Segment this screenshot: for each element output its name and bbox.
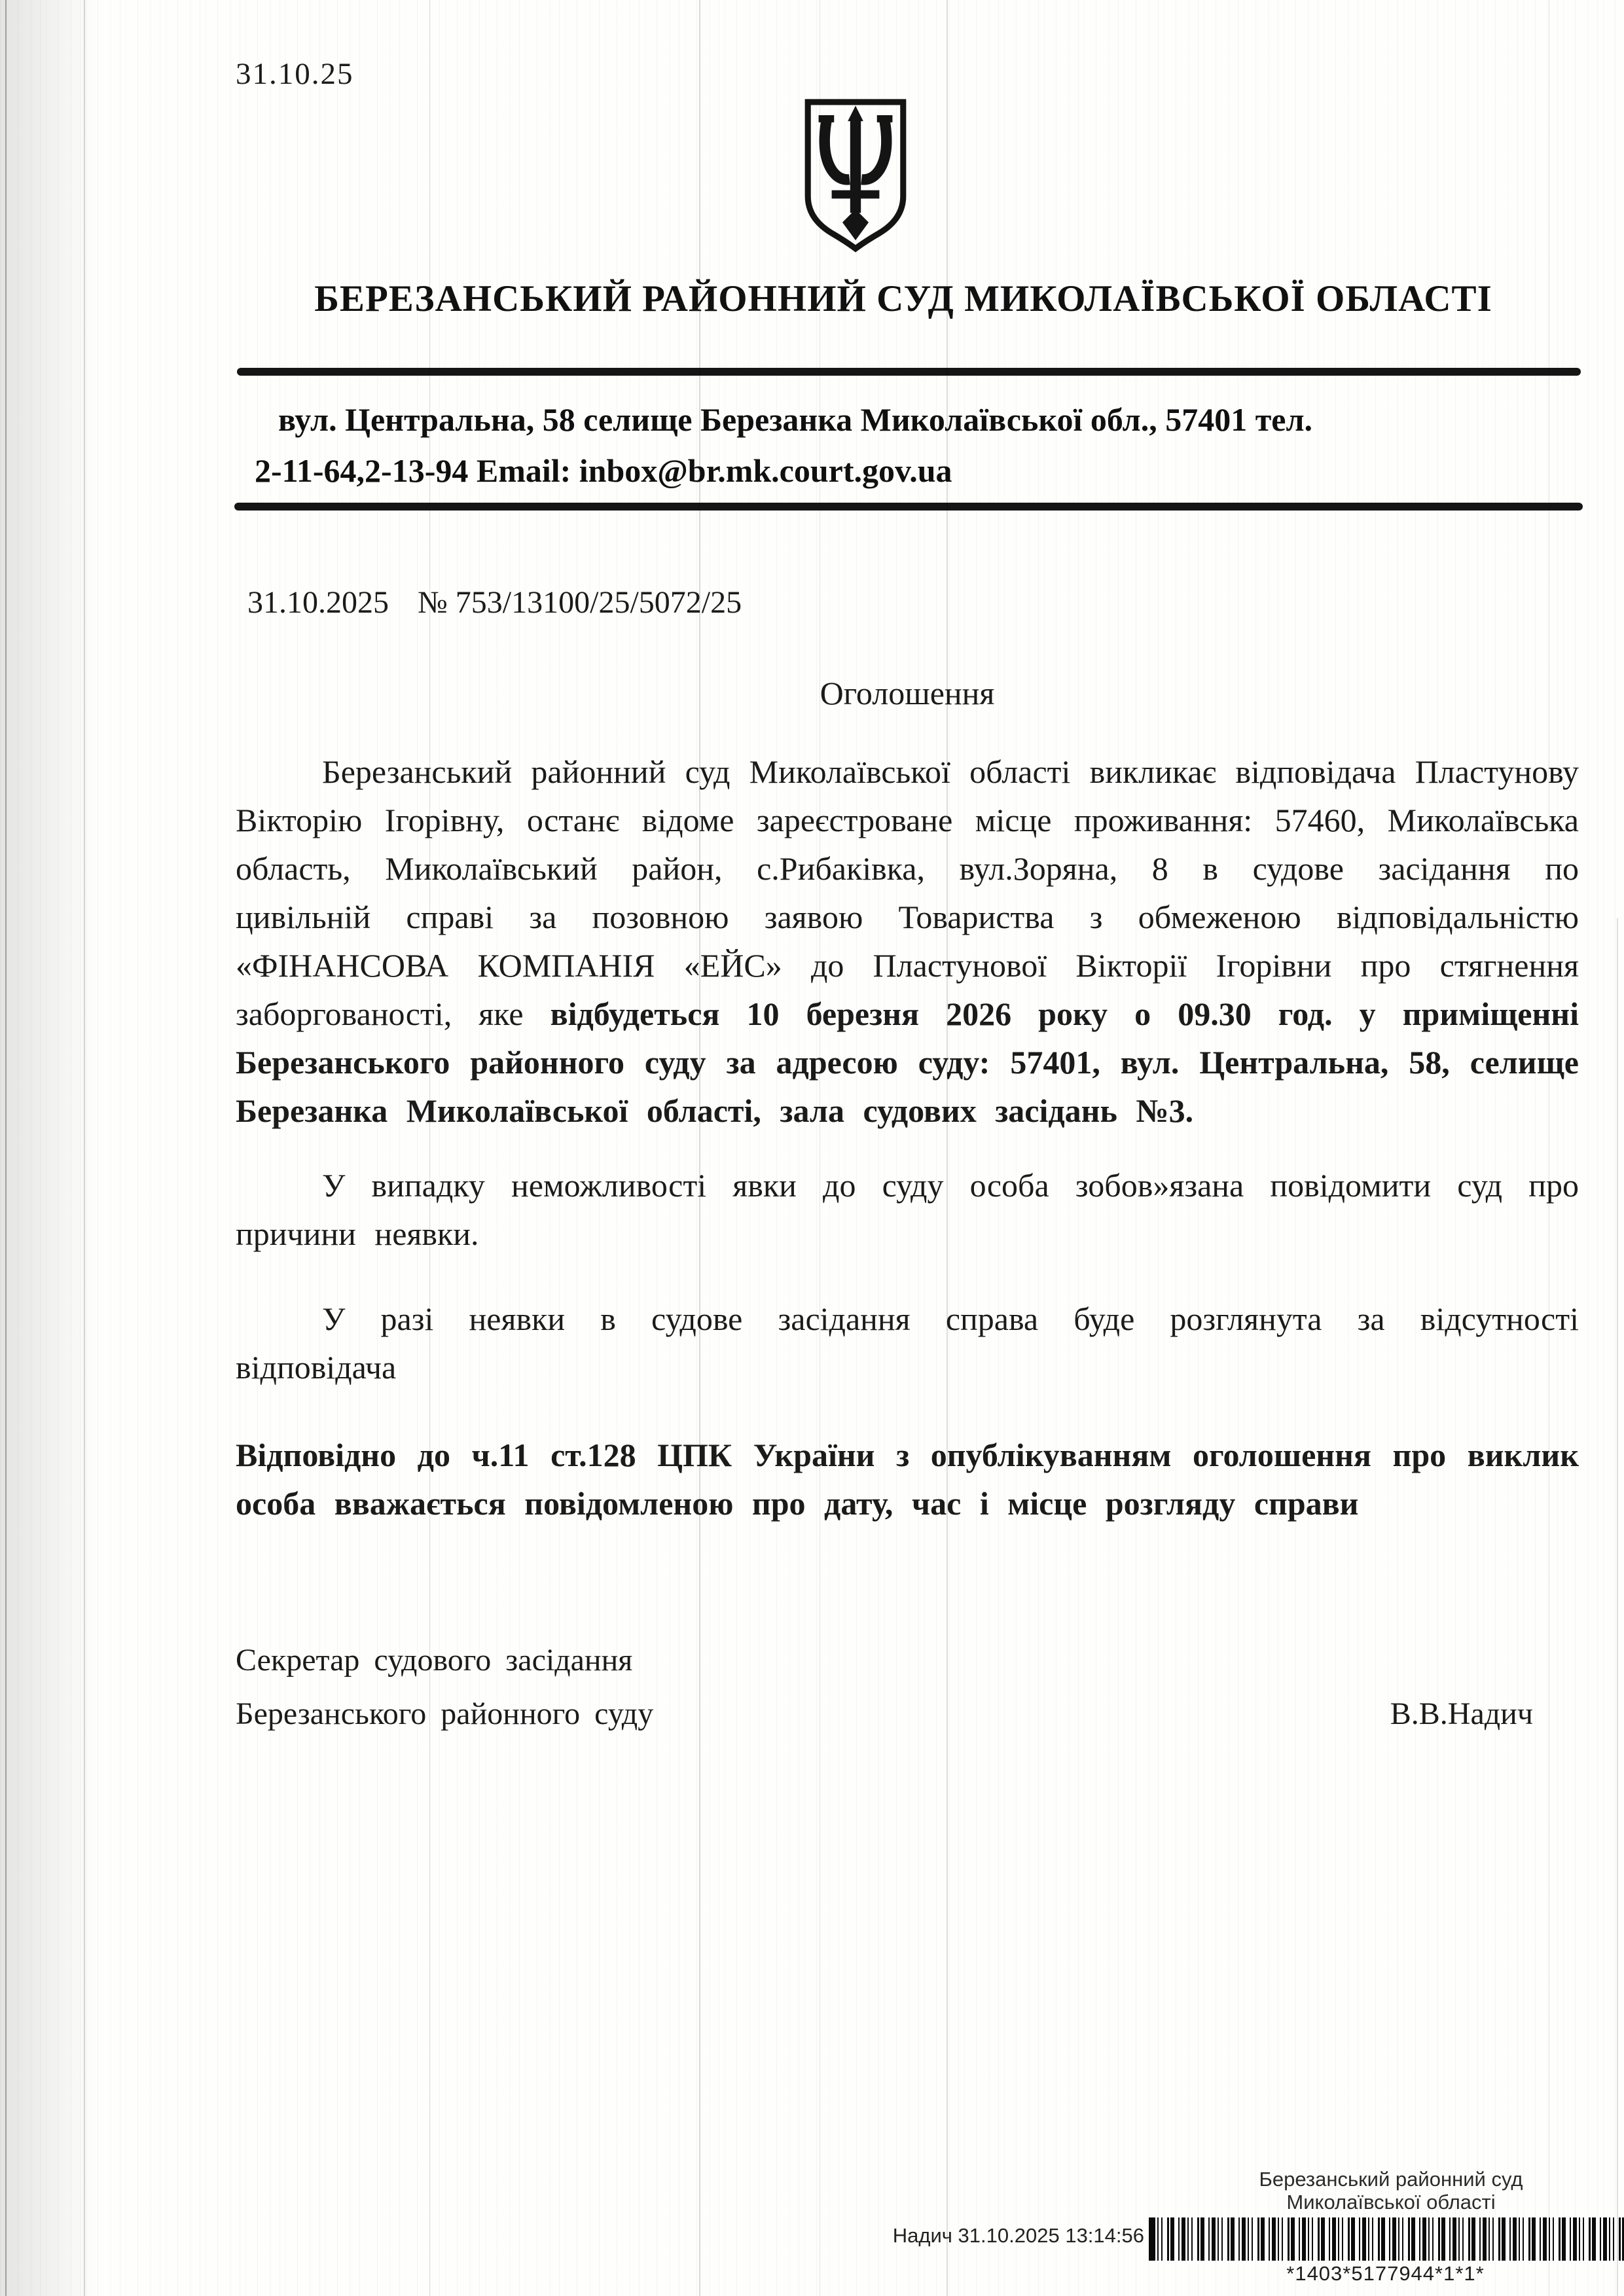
court-address-line-1: вул. Центральна, 58 селище Березанка Мик…: [278, 394, 1581, 445]
paragraph-summons-text: Березанський районний суд Миколаївської …: [236, 753, 1579, 1032]
document-body: Березанський районний суд Миколаївської …: [236, 747, 1579, 1528]
court-address-line-2: 2-11-64,2-13-94 Email: inbox@br.mk.court…: [255, 445, 1581, 496]
court-name-heading: БЕРЕЗАНСЬКИЙ РАЙОННИЙ СУД МИКОЛАЇВСЬКОЇ …: [223, 278, 1584, 320]
signature-name: В.В.Надич: [1390, 1687, 1533, 1741]
scanned-court-summons-page: 31.10.25 БЕРЕЗАНСЬКИЙ РАЙОННИЙ СУД МИКОЛ…: [0, 0, 1624, 2296]
barcode-text: *1403*5177944*1*1*: [1149, 2262, 1622, 2286]
signature-block: Секретар судового засідання Березанськог…: [236, 1634, 1579, 1741]
document-case-number: № 753/13100/25/5072/25: [418, 584, 742, 620]
paragraph-summons: Березанський районний суд Миколаївської …: [236, 747, 1579, 1135]
scan-date: 31.10.25: [236, 56, 354, 92]
document-date: 31.10.2025: [247, 584, 389, 620]
footer-court-name-line-1: Березанський районний суд: [1139, 2168, 1624, 2191]
footer-barcode-block: *1403*5177944*1*1*: [1149, 2217, 1622, 2286]
paragraph-legal-basis: Відповідно до ч.11 ст.128 ЦПК України з …: [236, 1431, 1579, 1528]
footer-signed-timestamp: Надич 31.10.2025 13:14:56: [857, 2224, 1144, 2248]
footer-court-name: Березанський районний суд Миколаївської …: [1139, 2168, 1624, 2214]
header-rule-top: [237, 368, 1581, 376]
header-rule-bottom: [234, 503, 1583, 511]
barcode: [1149, 2217, 1624, 2261]
document-title: Оголошення: [236, 674, 1579, 712]
paragraph-obligation-to-notify: У випадку неможливості явки до суду особ…: [236, 1161, 1579, 1258]
footer-court-name-line-2: Миколаївської області: [1139, 2191, 1624, 2214]
signature-role-line-1: Секретар судового засідання: [236, 1634, 1579, 1687]
ukraine-coat-of-arms-icon: [796, 96, 915, 254]
document-reference-line: 31.10.2025 № 753/13100/25/5072/25: [247, 584, 742, 620]
court-address-block: вул. Центральна, 58 селище Березанка Мик…: [238, 394, 1581, 496]
signature-role-line-2: Березанського районного суду: [236, 1687, 653, 1741]
paragraph-absence-consequence: У разі неявки в судове засідання справа …: [236, 1295, 1579, 1391]
signature-role-row: Березанського районного суду В.В.Надич: [236, 1687, 1579, 1741]
